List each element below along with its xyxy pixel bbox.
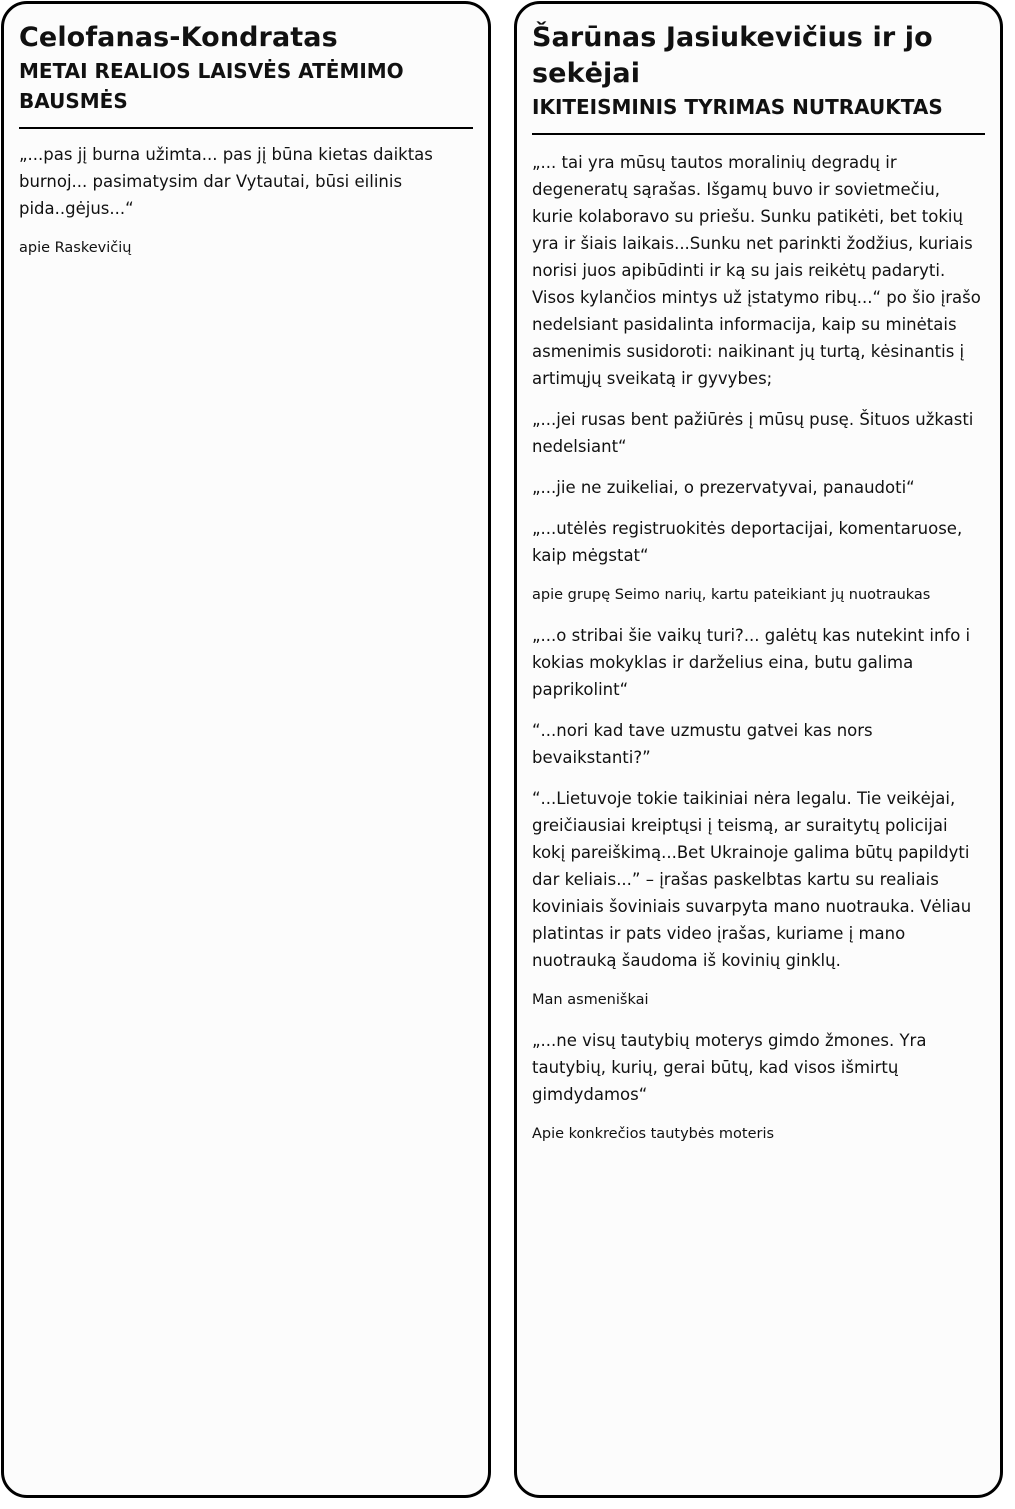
quote: „...jie ne zuikeliai, o prezervatyvai, p… xyxy=(532,474,985,501)
quote: „...o stribai šie vaikų turi?... galėtų … xyxy=(532,622,985,703)
quote: „...ne visų tautybių moterys gimdo žmone… xyxy=(532,1027,985,1108)
caption: apie grupę Seimo narių, kartu pateikiant… xyxy=(532,583,985,608)
verdict-label: METAI REALIOS LAISVĖS ATĖMIMO BAUSMĖS xyxy=(19,56,473,116)
verdict-label: IKITEISMINIS TYRIMAS NUTRAUKTAS xyxy=(532,92,985,122)
quote: „...jei rusas bent pažiūrės į mūsų pusę.… xyxy=(532,406,985,460)
divider xyxy=(19,127,473,129)
caption: Apie konkrečios tautybės moteris xyxy=(532,1122,985,1147)
quote: „... tai yra mūsų tautos moralinių degra… xyxy=(532,149,985,392)
quote: „...utėlės registruokitės deportacijai, … xyxy=(532,515,985,569)
quote: “...nori kad tave uzmustu gatvei kas nor… xyxy=(532,717,985,771)
quote: “...Lietuvoje tokie taikiniai nėra legal… xyxy=(532,785,985,974)
quote: „...pas jį burna užimta... pas jį būna k… xyxy=(19,141,473,222)
divider xyxy=(532,133,985,135)
caption: Man asmeniškai xyxy=(532,988,985,1013)
card-title: Celofanas-Kondratas xyxy=(19,20,473,56)
card-celofanas-kondratas: Celofanas-Kondratas METAI REALIOS LAISVĖ… xyxy=(1,1,491,1498)
card-jasiukevicius: Šarūnas Jasiukevičius ir jo sekėjai IKIT… xyxy=(514,1,1003,1498)
caption: apie Raskevičių xyxy=(19,236,473,261)
card-title: Šarūnas Jasiukevičius ir jo sekėjai xyxy=(532,20,985,92)
